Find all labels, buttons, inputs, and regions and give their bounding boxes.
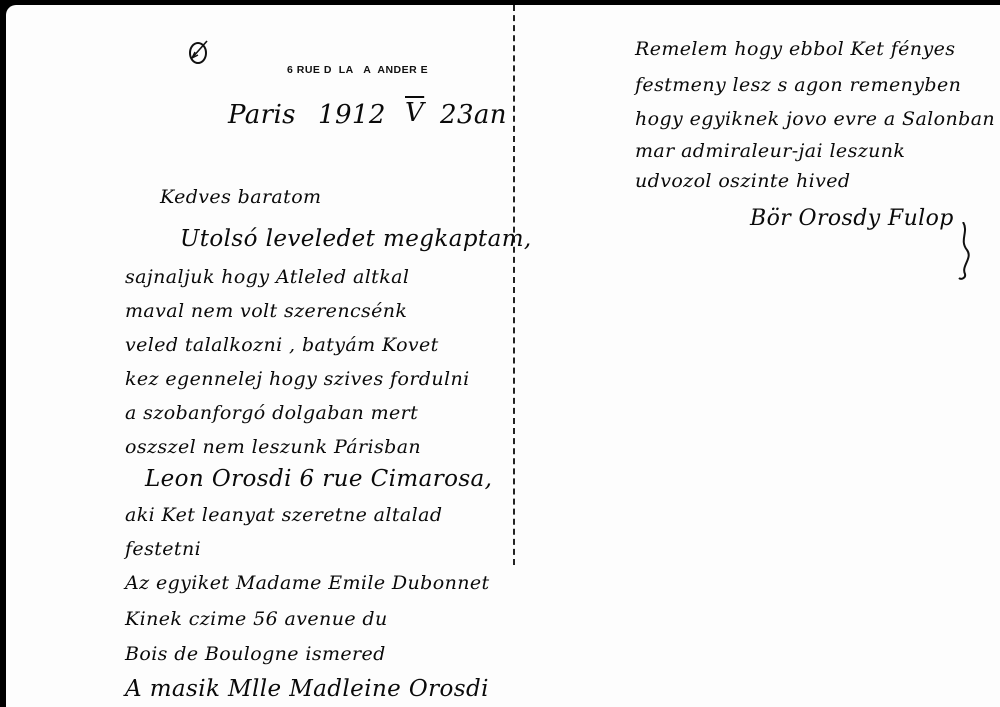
date-year: 1912 [318, 100, 386, 130]
page-fold-line [513, 5, 515, 565]
date-month: V [405, 98, 424, 128]
body-line: sajnaljuk hogy Atleled altkal [125, 266, 409, 288]
body-line: Utolsó leveledet megkaptam, [180, 226, 532, 252]
body-line: festetni [125, 538, 201, 560]
body-line: maval nem volt szerencsénk [125, 300, 407, 322]
signature: Bör Orosdy Fulop [750, 206, 954, 231]
body-line: festmeny lesz s agon remenyben [635, 74, 961, 96]
letterhead-address: 6 RUE D LA A ANDER E [287, 64, 428, 76]
body-line: oszszel nem leszunk Párisban [125, 436, 421, 458]
body-line: mar admiraleur-jai leszunk [635, 140, 905, 162]
body-line: Kinek czime 56 avenue du [125, 608, 388, 630]
date-day: 23an [440, 100, 507, 130]
body-line: a szobanforgó dolgaban mert [125, 402, 418, 424]
monogram-icon [188, 38, 210, 66]
signature-flourish [955, 222, 975, 282]
body-line: udvozol oszinte hived [635, 170, 850, 192]
body-line: aki Ket leanyat szeretne altalad [125, 504, 442, 526]
body-line: Leon Orosdi 6 rue Cimarosa, [145, 466, 492, 492]
body-line: veled talalkozni , batyám Kovet [125, 334, 439, 356]
body-line: Bois de Boulogne ismered [125, 643, 386, 665]
body-line: kez egennelej hogy szives fordulni [125, 368, 470, 390]
date-place: Paris [228, 100, 296, 130]
body-line: Remelem hogy ebbol Ket fényes [635, 38, 955, 60]
body-line: Az egyiket Madame Emile Dubonnet [125, 572, 490, 594]
greeting: Kedves baratom [160, 186, 321, 208]
body-line: hogy egyiknek jovo evre a Salonban [635, 108, 995, 130]
body-line: A masik Mlle Madleine Orosdi [125, 676, 489, 702]
